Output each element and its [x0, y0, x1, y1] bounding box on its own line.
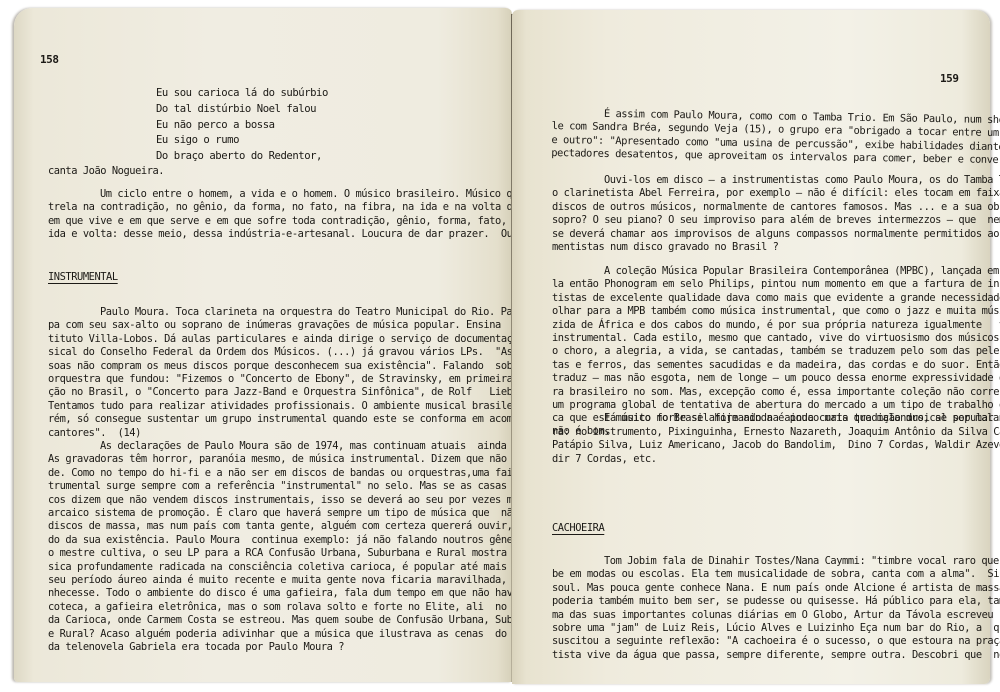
section-heading-text: INSTRUMENTAL: [48, 271, 118, 284]
text-line: Patápio Silva, Luiz Americano, Jacob do …: [552, 439, 972, 452]
text-line: coteca, a gafieira eletrônica, mas o som…: [48, 601, 493, 614]
text-line: arcaico sistema de promoção. É claro que…: [48, 507, 493, 520]
text-line: tituto Villa-Lobos. Dá aulas particulare…: [48, 333, 493, 346]
text-line: o mestre cultiva, o seu LP para a RCA Co…: [48, 547, 493, 560]
paragraph: Tom Jobim fala de Dinahir Tostes/Nana Ca…: [552, 555, 972, 662]
text-line: dir 7 Cordas, etc.: [552, 453, 972, 466]
text-line: do da sua existência. Paulo Moura contin…: [48, 534, 493, 547]
text-line: olhar para a MPB também como música inst…: [552, 305, 972, 318]
text-line: ida e volta: desse meio, dessa indústria…: [48, 228, 493, 241]
text-line: Um ciclo entre o homem, a vida e o homem…: [48, 188, 493, 201]
text-line: nhecesse. Todo o ambiente do disco é uma…: [48, 587, 493, 600]
text-line: poderia também muito bem ser, se pudesse…: [552, 595, 972, 608]
text-line: ra brasileiro no som. Mas, excepção como…: [552, 386, 972, 399]
text-line: de. Como no tempo do hi-fi e a não ser e…: [48, 467, 493, 480]
text-line: As gravadoras têm horror, paranóia mesmo…: [48, 453, 493, 466]
text-line: discos de outros músicos, normalmente de…: [552, 201, 972, 214]
text-line: discos de massa, mas num país com tanta …: [48, 520, 493, 533]
text-line: suscitou a seguinte reflexão: "A cachoei…: [552, 635, 972, 648]
text-line: soas não compram os meus discos porque d…: [48, 360, 493, 373]
paragraph: Paulo Moura. Toca clarineta na orquestra…: [48, 306, 493, 440]
paragraph: Um ciclo entre o homem, a vida e o homem…: [48, 188, 493, 242]
text-line: tistas de excelente qualidade dava como …: [552, 292, 972, 305]
page-number: 159: [940, 72, 959, 85]
text-line: sica profundamente radicada na consciênc…: [48, 561, 493, 574]
text-line: tas e ferros, das sementes sacudidas e d…: [552, 359, 972, 372]
text-line: Paulo Moura. Toca clarineta na orquestra…: [48, 306, 493, 319]
text-line: um programa global de tentativa de abert…: [552, 399, 972, 412]
text-line: não é bom.: [552, 425, 972, 438]
text-line: mentistas num disco gravado no Brasil ?: [552, 241, 972, 254]
text-line: sical do Conselho Federal da Ordem dos M…: [48, 346, 493, 359]
attribution: canta João Nogueira.: [48, 165, 164, 178]
section-heading: CACHOEIRA: [552, 522, 604, 535]
text-line: trumental surge sempre com a referência …: [48, 480, 493, 493]
text-line: o clarinetista Abel Ferreira, por exempl…: [552, 187, 972, 200]
text-line: zida de África e dos cabos do mundo, é p…: [552, 319, 972, 332]
poem-line: Eu sigo o rumo: [156, 133, 328, 149]
text-line: Tentamos tudo para realizar atividades p…: [48, 400, 493, 413]
text-line: trela na contradição, no gênio, da forma…: [48, 201, 493, 214]
poem-line: Eu sou carioca lá do subúrbio: [156, 86, 328, 102]
book-spread: 158 Eu sou carioca lá do subúrbio Do tal…: [0, 0, 1000, 692]
left-page: 158 Eu sou carioca lá do subúrbio Do tal…: [14, 8, 512, 682]
page-number: 158: [40, 53, 59, 66]
poem-line: Eu não perco a bossa: [156, 118, 328, 134]
text-line: ma das suas importantes colunas diárias …: [552, 609, 972, 622]
text-line: sobre uma "jam" de Luiz Reis, Lúcio Alve…: [552, 622, 972, 635]
text-line: ção no Brasil, o "Concerto para Jazz-Ban…: [48, 386, 493, 399]
text-line: be em modas ou escolas. Ela tem musicali…: [552, 568, 972, 581]
text-line: As declarações de Paulo Moura são de 197…: [48, 440, 493, 453]
text-line: A coleção Música Popular Brasileira Cont…: [552, 265, 972, 278]
text-line: cos dizem que não vendem discos instrume…: [48, 494, 493, 507]
text-line: Ouvi-los em disco — a instrumentistas co…: [552, 174, 972, 187]
text-line: da telenovela Gabriela era tocada por Pa…: [48, 641, 493, 654]
paragraph: As declarações de Paulo Moura são de 197…: [48, 440, 493, 655]
text-line: da Carioca, onde Carmem Costa se estreou…: [48, 614, 493, 627]
text-line: Tom Jobim fala de Dinahir Tostes/Nana Ca…: [552, 555, 972, 568]
paragraph: É assim com Paulo Moura, como com o Tamb…: [551, 107, 972, 167]
paragraph: E músico no Brasil hoje ainda é pouco ma…: [552, 412, 972, 439]
text-line: rém, só consegue sustentar um grupo inst…: [48, 413, 493, 426]
right-page: 159 É assim com Paulo Moura, como com o …: [512, 10, 990, 684]
text-line: soul. Mas pouca gente conhece Nana. E nu…: [552, 582, 972, 595]
poem-line: Do braço aberto do Redentor,: [156, 149, 328, 165]
text-line: E músico no Brasil hoje ainda é pouco ma…: [552, 412, 972, 425]
text-line: pa com seu sax-alto ou soprano de inúmer…: [48, 319, 493, 332]
text-line: seu período áureo ainda é muito recente …: [48, 574, 493, 587]
text-line: orquestra que fundou: "Fizemos o "Concer…: [48, 373, 493, 386]
text-line: e Rural? Acaso alguém poderia adivinhar …: [48, 628, 493, 641]
text-line: traduz — mas não esgota, nem de longe — …: [552, 372, 972, 385]
text-line: o choro, a alegria, a vida, se cantadas,…: [552, 345, 972, 358]
text-line: la então Phonogram em selo Philips, pint…: [552, 278, 972, 291]
text-line: cantores". (14): [48, 427, 493, 440]
attribution-text: canta João Nogueira.: [48, 165, 164, 178]
poem-quote: Eu sou carioca lá do subúrbio Do tal dis…: [156, 86, 328, 165]
poem-line: Do tal distúrbio Noel falou: [156, 102, 328, 118]
text-line: instrumental. Cada estilo, mesmo que can…: [552, 332, 972, 345]
paragraph: Ouvi-los em disco — a instrumentistas co…: [552, 174, 972, 254]
section-heading-text: CACHOEIRA: [552, 522, 604, 535]
text-line: tista vive da água que passa, sempre dif…: [552, 649, 972, 662]
text-line: em que vive e em que serve e em que sofr…: [48, 215, 493, 228]
section-heading: INSTRUMENTAL: [48, 271, 118, 284]
text-line: sopro? O seu piano? O seu improviso para…: [552, 214, 972, 227]
text-line: se deverá chamar aos improvisos de algun…: [552, 228, 972, 241]
